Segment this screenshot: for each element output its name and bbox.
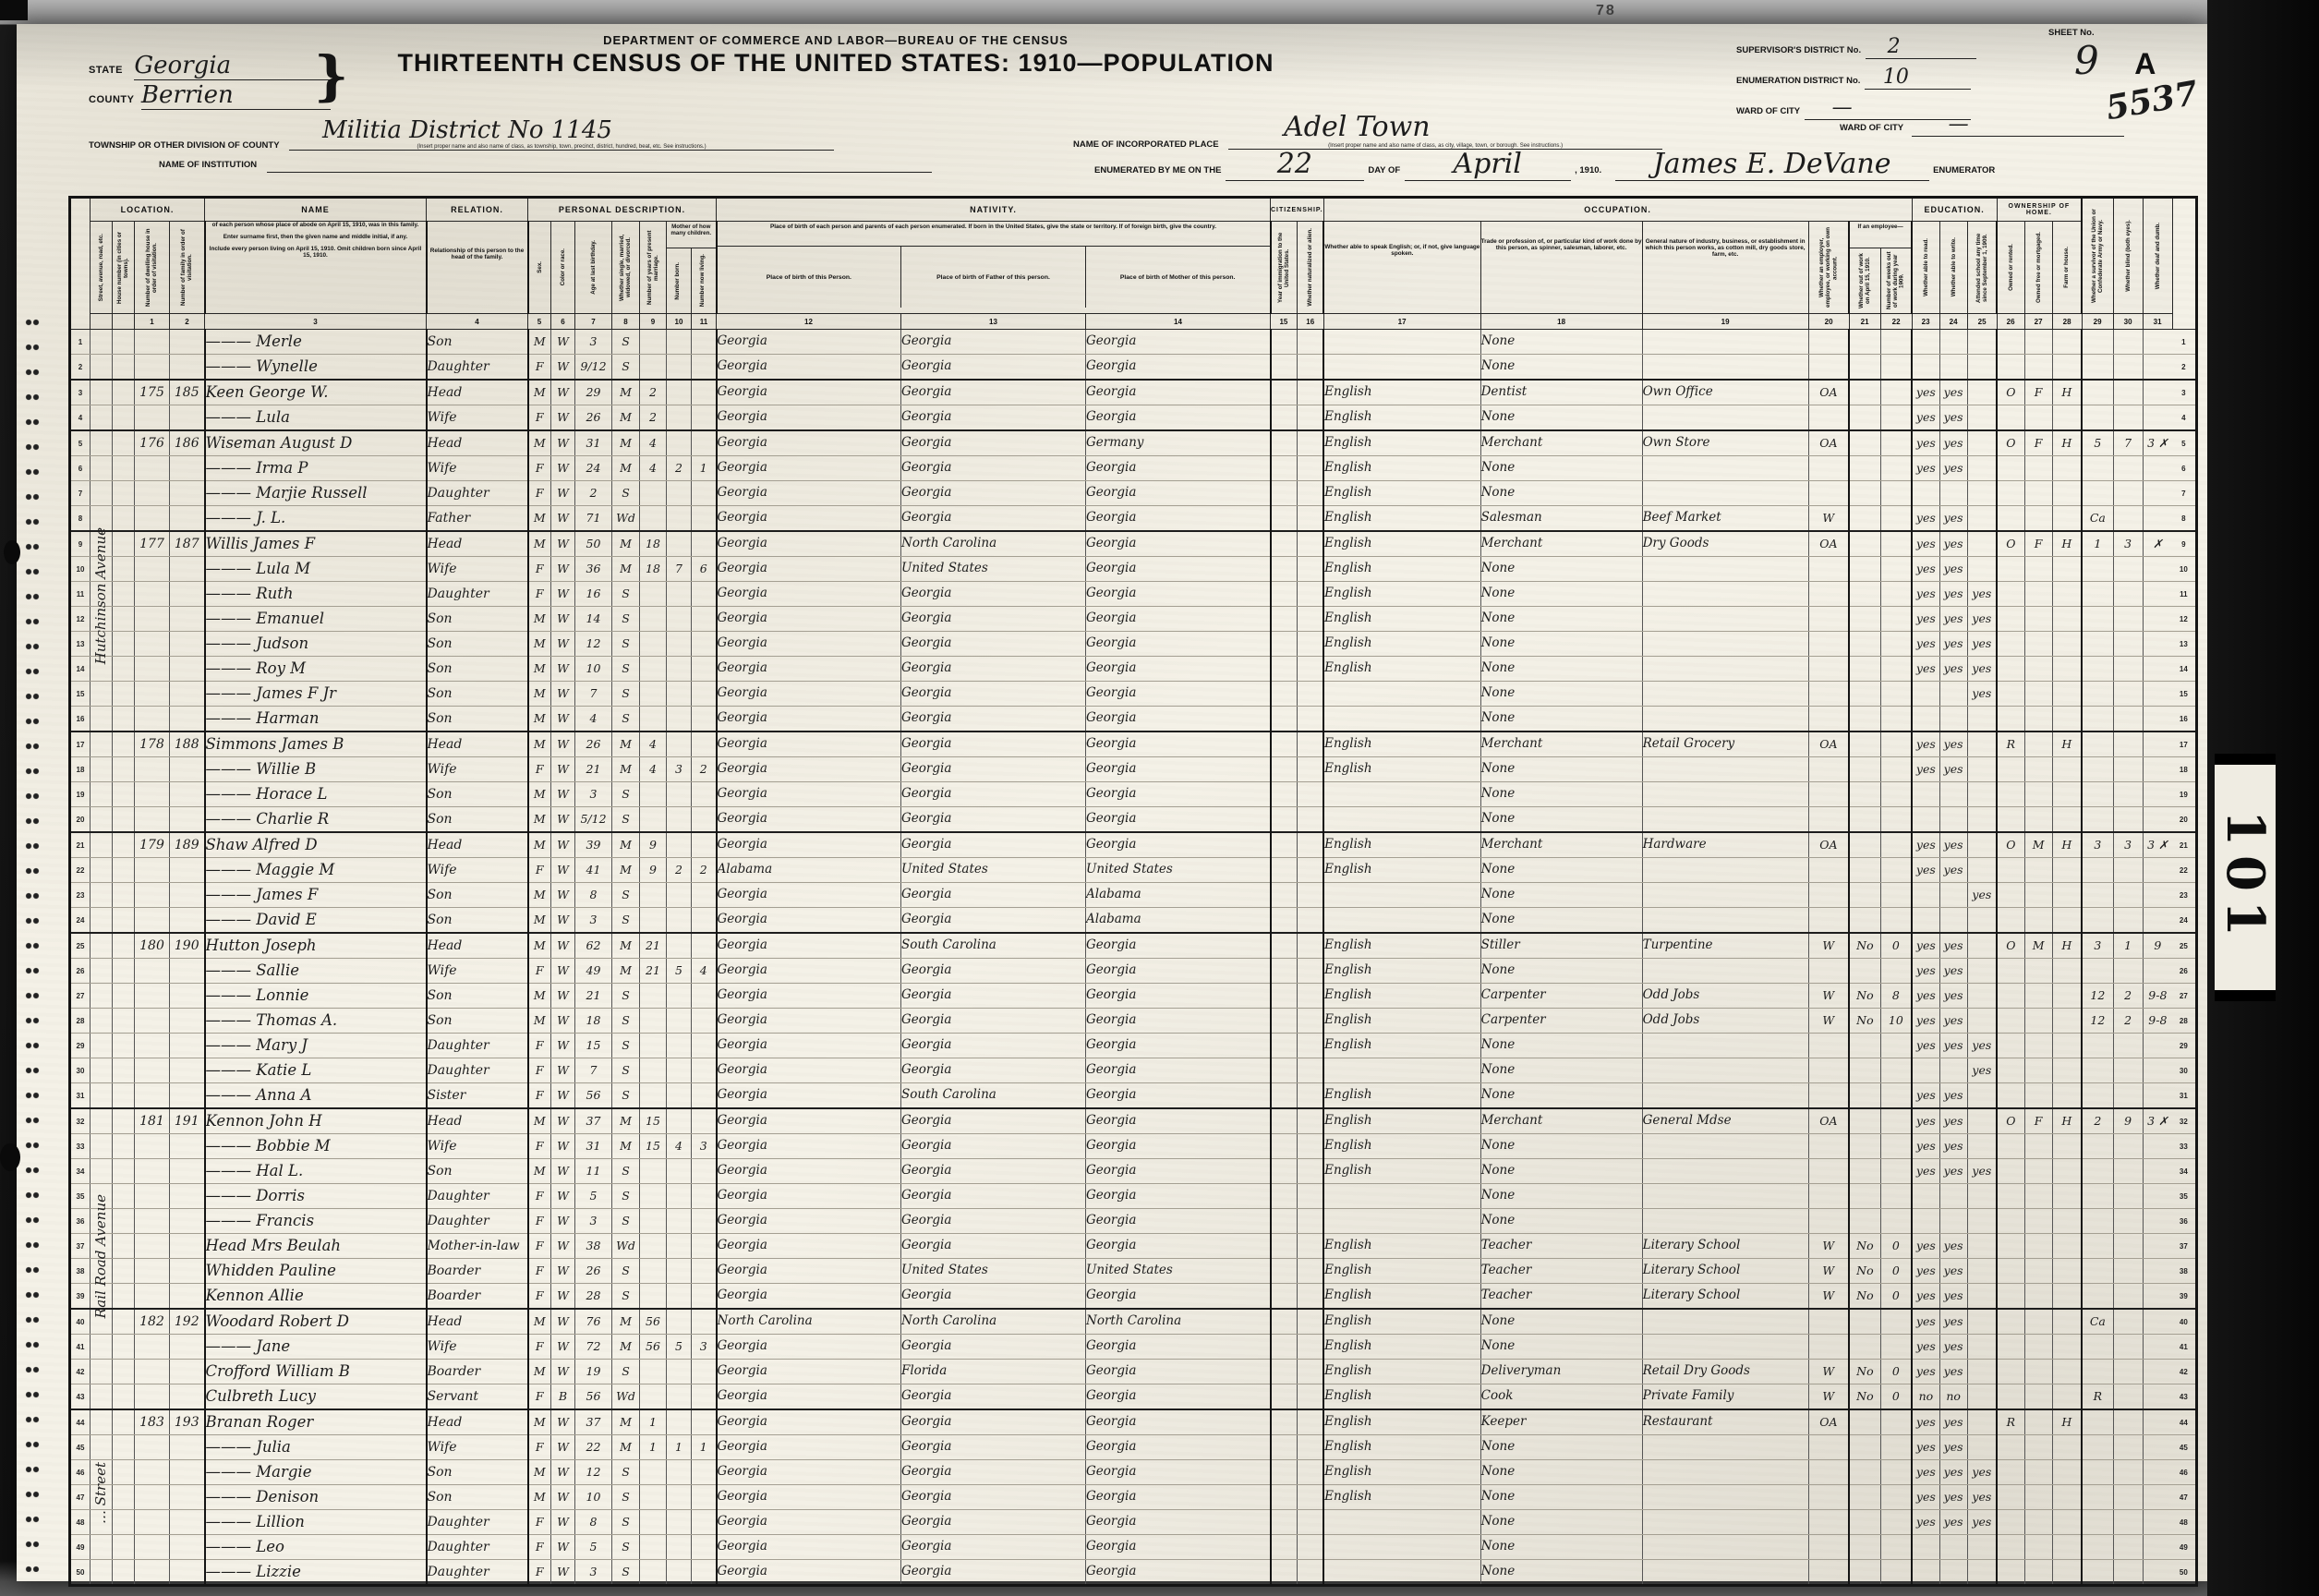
cell-naturalized — [1297, 481, 1323, 506]
cell-farm_house — [2052, 557, 2082, 582]
cell-naturalized — [1297, 959, 1323, 984]
cell-dwelling — [135, 1510, 170, 1535]
cell-write: no — [1939, 1384, 1967, 1410]
cell-owned — [1997, 707, 2024, 732]
cell-age: 7 — [575, 1058, 612, 1083]
cell-street — [91, 832, 113, 858]
cell-dwelling — [135, 1234, 170, 1259]
cell-read — [1912, 1058, 1939, 1083]
col-street: Street, avenue, road, etc. — [91, 222, 113, 314]
cell-pob_father: Georgia — [901, 1510, 1086, 1535]
col-children-living: Number now living. — [691, 248, 716, 313]
cell-naturalized — [1297, 858, 1323, 883]
census-row: 37Head Mrs BeulahMother-in-lawFW38WdGeor… — [70, 1234, 2197, 1259]
cell-school: yes — [1967, 1485, 1997, 1510]
cell-out_of_work — [1849, 1535, 1880, 1560]
cell-employer: W — [1808, 1009, 1849, 1034]
cell-years_married — [640, 1284, 667, 1310]
cell-pob_mother: Georgia — [1086, 1034, 1271, 1058]
cell-write — [1939, 481, 1967, 506]
cell-street — [91, 1510, 113, 1535]
cell-marital: M — [612, 557, 640, 582]
cell-free_mortgaged — [2024, 330, 2052, 355]
cell-color: W — [551, 456, 575, 481]
cell-house — [113, 1309, 135, 1335]
cell-read: yes — [1912, 405, 1939, 431]
cell-children_living: 2 — [692, 858, 717, 883]
cell-street — [91, 1309, 113, 1335]
cell-write: yes — [1939, 1083, 1967, 1109]
col-veteran: Whether a survivor of the Union or Confe… — [2082, 198, 2113, 314]
cell-naturalized — [1297, 1360, 1323, 1384]
cell-free_mortgaged — [2024, 1284, 2052, 1310]
cell-imm_year — [1271, 682, 1298, 707]
cell-write: yes — [1939, 1435, 1967, 1460]
cell-naturalized — [1297, 657, 1323, 682]
cell-english: English — [1323, 481, 1480, 506]
cell-free_mortgaged — [2024, 883, 2052, 908]
census-row: 48——— LillionDaughterFW8SGeorgiaGeorgiaG… — [70, 1510, 2197, 1535]
cell-street — [91, 557, 113, 582]
cell-out_of_work — [1849, 557, 1880, 582]
cell-relation: Wife — [427, 1435, 528, 1460]
cell-school — [1967, 731, 1997, 757]
cell-pob_mother: Georgia — [1086, 984, 1271, 1009]
cell-owned — [1997, 1259, 2024, 1284]
cell-naturalized — [1297, 1510, 1323, 1535]
cell-marital: M — [612, 858, 640, 883]
cell-children_living — [692, 707, 717, 732]
cell-imm_year — [1271, 757, 1298, 782]
cell-trade: None — [1480, 657, 1642, 682]
cell-school — [1967, 707, 1997, 732]
cell-imm_year — [1271, 1560, 1298, 1586]
sheet-number-label: SHEET No. — [2048, 28, 2196, 38]
cell-relation: Head — [427, 1309, 528, 1335]
cell-trade: None — [1480, 959, 1642, 984]
cell-industry: Hardware — [1642, 832, 1808, 858]
cell-free_mortgaged — [2024, 707, 2052, 732]
cell-relation: Boarder — [427, 1360, 528, 1384]
cell-farm_house — [2052, 807, 2082, 833]
cell-employer — [1808, 959, 1849, 984]
column-number: 28 — [2052, 314, 2082, 330]
column-number: 19 — [1642, 314, 1808, 330]
cell-years_married: 21 — [640, 959, 667, 984]
cell-street — [91, 1435, 113, 1460]
cell-children_living — [692, 582, 717, 607]
cell-write — [1939, 330, 1967, 355]
cell-sex: F — [528, 405, 551, 431]
cell-street — [91, 908, 113, 934]
cell-veteran — [2082, 682, 2113, 707]
cell-house — [113, 1134, 135, 1159]
cell-pob_mother: Georgia — [1086, 782, 1271, 807]
cell-deaf — [2143, 1384, 2172, 1410]
cell-relation: Son — [427, 330, 528, 355]
cell-read: yes — [1912, 1259, 1939, 1284]
cell-marital: M — [612, 1435, 640, 1460]
row-number-right: 7 — [2172, 481, 2196, 506]
cell-pob: Georgia — [717, 355, 901, 381]
cell-employer: OA — [1808, 430, 1849, 456]
cell-write: yes — [1939, 984, 1967, 1009]
cell-naturalized — [1297, 1384, 1323, 1410]
cell-deaf — [2143, 682, 2172, 707]
cell-marital: S — [612, 908, 640, 934]
cell-school: yes — [1967, 632, 1997, 657]
cell-marital: M — [612, 731, 640, 757]
col-out-of-work: Whether out of work on April 15, 1910. — [1850, 248, 1880, 313]
cell-write — [1939, 355, 1967, 381]
cell-owned — [1997, 632, 2024, 657]
cell-pob_father: Georgia — [901, 1209, 1086, 1234]
cell-children_born — [667, 1535, 692, 1560]
row-number-right: 35 — [2172, 1184, 2196, 1209]
cell-school: yes — [1967, 657, 1997, 682]
cell-farm_house: H — [2052, 531, 2082, 557]
cell-imm_year — [1271, 405, 1298, 431]
row-number-right: 27 — [2172, 984, 2196, 1009]
cell-dwelling — [135, 1284, 170, 1310]
cell-industry: Own Store — [1642, 430, 1808, 456]
row-number-right: 49 — [2172, 1535, 2196, 1560]
cell-veteran — [2082, 1435, 2113, 1460]
cell-read: yes — [1912, 1460, 1939, 1485]
cell-farm_house — [2052, 405, 2082, 431]
col-relation-description: Relationship of this person to the head … — [427, 222, 528, 314]
cell-imm_year — [1271, 506, 1298, 532]
cell-owned — [1997, 757, 2024, 782]
census-row: 7——— Marjie RussellDaughterFW2SGeorgiaGe… — [70, 481, 2197, 506]
cell-free_mortgaged: M — [2024, 832, 2052, 858]
township-label: TOWNSHIP OR OTHER DIVISION OF COUNTY — [89, 140, 280, 151]
cell-blind — [2113, 506, 2143, 532]
cell-dwelling — [135, 1535, 170, 1560]
cell-owned — [1997, 1284, 2024, 1310]
cell-children_born — [667, 632, 692, 657]
cell-pob_mother: Georgia — [1086, 959, 1271, 984]
cell-house — [113, 1234, 135, 1259]
cell-deaf — [2143, 330, 2172, 355]
cell-out_of_work: No — [1849, 933, 1880, 959]
cell-english — [1323, 1184, 1480, 1209]
cell-name: ——— Jane — [205, 1335, 427, 1360]
row-number-right: 46 — [2172, 1460, 2196, 1485]
brace-glyph: } — [314, 44, 348, 107]
column-number: 3 — [205, 314, 427, 330]
cell-sex: F — [528, 1535, 551, 1560]
row-number-left: 43 — [70, 1384, 91, 1410]
cell-employer — [1808, 456, 1849, 481]
cell-english — [1323, 330, 1480, 355]
cell-street — [91, 1535, 113, 1560]
cell-weeks_out — [1880, 858, 1912, 883]
cell-blind: 2 — [2113, 984, 2143, 1009]
cell-family — [170, 632, 205, 657]
cell-age: 72 — [575, 1335, 612, 1360]
cell-dwelling: 178 — [135, 731, 170, 757]
cell-owned — [1997, 1134, 2024, 1159]
cell-english: English — [1323, 430, 1480, 456]
cell-marital: S — [612, 1259, 640, 1284]
cell-name: ——— Ruth — [205, 582, 427, 607]
cell-deaf: 3 ✗ — [2143, 430, 2172, 456]
cell-marital: M — [612, 933, 640, 959]
cell-imm_year — [1271, 858, 1298, 883]
cell-out_of_work — [1849, 1108, 1880, 1134]
cell-read: yes — [1912, 731, 1939, 757]
cell-read — [1912, 908, 1939, 934]
row-number-right: 32 — [2172, 1108, 2196, 1134]
census-row: 47——— DenisonSonMW10SGeorgiaGeorgiaGeorg… — [70, 1485, 2197, 1510]
cell-naturalized — [1297, 908, 1323, 934]
cell-sex: M — [528, 430, 551, 456]
cell-pob_mother: Georgia — [1086, 1058, 1271, 1083]
cell-naturalized — [1297, 1159, 1323, 1184]
cell-children_born — [667, 430, 692, 456]
cell-out_of_work — [1849, 1485, 1880, 1510]
cell-family — [170, 1009, 205, 1034]
cell-house — [113, 1284, 135, 1310]
cell-children_living — [692, 1108, 717, 1134]
cell-veteran — [2082, 782, 2113, 807]
cell-free_mortgaged — [2024, 481, 2052, 506]
cell-name: ——— Denison — [205, 1485, 427, 1510]
cell-free_mortgaged — [2024, 1335, 2052, 1360]
row-number-left: 47 — [70, 1485, 91, 1510]
enumeration-district-label: ENUMERATION DISTRICT No. — [1736, 76, 1860, 86]
cell-family — [170, 757, 205, 782]
cell-industry: Retail Dry Goods — [1642, 1360, 1808, 1384]
township-field: TOWNSHIP OR OTHER DIVISION OF COUNTY Mil… — [89, 116, 834, 152]
cell-deaf — [2143, 1485, 2172, 1510]
cell-weeks_out: 10 — [1880, 1009, 1912, 1034]
cell-house — [113, 1560, 135, 1586]
cell-veteran: 3 — [2082, 933, 2113, 959]
cell-veteran — [2082, 1335, 2113, 1360]
cell-deaf — [2143, 557, 2172, 582]
cell-pob_mother: Georgia — [1086, 380, 1271, 405]
cell-deaf — [2143, 380, 2172, 405]
cell-employer — [1808, 1058, 1849, 1083]
cell-relation: Daughter — [427, 1560, 528, 1586]
cell-owned — [1997, 1009, 2024, 1034]
cell-street — [91, 355, 113, 381]
cell-children_living — [692, 1460, 717, 1485]
cell-farm_house — [2052, 1560, 2082, 1586]
cell-name: ——— Margie — [205, 1460, 427, 1485]
cell-family — [170, 782, 205, 807]
census-row: 3175185Keen George W.HeadMW29M2GeorgiaGe… — [70, 380, 2197, 405]
cell-industry: Odd Jobs — [1642, 984, 1808, 1009]
cell-marital: Wd — [612, 1384, 640, 1410]
cell-name: ——— Sallie — [205, 959, 427, 984]
cell-age: 26 — [575, 405, 612, 431]
cell-blind — [2113, 682, 2143, 707]
cell-farm_house: H — [2052, 731, 2082, 757]
cell-out_of_work — [1849, 405, 1880, 431]
cell-imm_year — [1271, 1159, 1298, 1184]
cell-marital: S — [612, 1284, 640, 1310]
cell-children_living: 3 — [692, 1134, 717, 1159]
census-row: 8——— J. L.FatherMW71WdGeorgiaGeorgiaGeor… — [70, 506, 2197, 532]
cell-color: W — [551, 807, 575, 833]
cell-out_of_work — [1849, 481, 1880, 506]
cell-trade: None — [1480, 1134, 1642, 1159]
cell-industry — [1642, 1159, 1808, 1184]
cell-relation: Wife — [427, 1335, 528, 1360]
cell-employer — [1808, 1435, 1849, 1460]
cell-write: yes — [1939, 1108, 1967, 1134]
cell-name: ——— Irma P — [205, 456, 427, 481]
cell-read: yes — [1912, 1284, 1939, 1310]
cell-marital: S — [612, 1209, 640, 1234]
col-owned: Owned or rented. — [1997, 222, 2024, 314]
row-number-right: 15 — [2172, 682, 2196, 707]
cell-naturalized — [1297, 984, 1323, 1009]
cell-veteran — [2082, 883, 2113, 908]
row-number-right: 10 — [2172, 557, 2196, 582]
column-number: 18 — [1480, 314, 1642, 330]
cell-years_married: 56 — [640, 1335, 667, 1360]
cell-color: W — [551, 883, 575, 908]
cell-color: W — [551, 1335, 575, 1360]
cell-write: yes — [1939, 1259, 1967, 1284]
cell-relation: Son — [427, 1159, 528, 1184]
cell-blind — [2113, 557, 2143, 582]
row-number-left: 6 — [70, 456, 91, 481]
row-number-right: 24 — [2172, 908, 2196, 934]
cell-weeks_out — [1880, 506, 1912, 532]
row-number-right: 12 — [2172, 607, 2196, 632]
cell-english: English — [1323, 858, 1480, 883]
cell-pob: Georgia — [717, 430, 901, 456]
cell-house — [113, 682, 135, 707]
cell-pob: Georgia — [717, 1108, 901, 1134]
cell-deaf — [2143, 1259, 2172, 1284]
census-row: 49——— LeoDaughterFW5SGeorgiaGeorgiaGeorg… — [70, 1535, 2197, 1560]
cell-school — [1967, 380, 1997, 405]
cell-children_living: 6 — [692, 557, 717, 582]
enumerated-year: , 1910. — [1575, 165, 1601, 175]
cell-sex: F — [528, 1335, 551, 1360]
census-row: 35——— DorrisDaughterFW5SGeorgiaGeorgiaGe… — [70, 1184, 2197, 1209]
cell-years_married — [640, 1058, 667, 1083]
cell-blind — [2113, 405, 2143, 431]
cell-color: W — [551, 1309, 575, 1335]
cell-write — [1939, 883, 1967, 908]
cell-color: W — [551, 557, 575, 582]
cell-write: yes — [1939, 858, 1967, 883]
cell-family — [170, 355, 205, 381]
cell-blind — [2113, 1485, 2143, 1510]
column-number: 4 — [427, 314, 528, 330]
cell-name: ——— Wynelle — [205, 355, 427, 381]
cell-deaf — [2143, 908, 2172, 934]
cell-naturalized — [1297, 1184, 1323, 1209]
cell-children_living: 4 — [692, 959, 717, 984]
row-number-left: 26 — [70, 959, 91, 984]
cell-family: 190 — [170, 933, 205, 959]
enumerated-label: ENUMERATED BY ME ON THE — [1094, 165, 1221, 175]
cell-children_living — [692, 607, 717, 632]
cell-read: yes — [1912, 632, 1939, 657]
cell-veteran — [2082, 1510, 2113, 1535]
cell-farm_house — [2052, 1209, 2082, 1234]
row-number-right: 38 — [2172, 1259, 2196, 1284]
cell-dwelling: 183 — [135, 1409, 170, 1435]
census-row: 25180190Hutton JosephHeadMW62M21GeorgiaS… — [70, 933, 2197, 959]
cell-weeks_out — [1880, 1535, 1912, 1560]
cell-pob_father: Georgia — [901, 782, 1086, 807]
cell-industry — [1642, 1535, 1808, 1560]
cell-english: English — [1323, 1309, 1480, 1335]
cell-sex: M — [528, 807, 551, 833]
cell-english: English — [1323, 557, 1480, 582]
cell-farm_house — [2052, 1435, 2082, 1460]
cell-imm_year — [1271, 430, 1298, 456]
cell-trade: None — [1480, 707, 1642, 732]
row-number-right: 8 — [2172, 506, 2196, 532]
census-row: 50——— LizzieDaughterFW3SGeorgiaGeorgiaGe… — [70, 1560, 2197, 1586]
cell-imm_year — [1271, 557, 1298, 582]
cell-children_born — [667, 1360, 692, 1384]
cell-family — [170, 858, 205, 883]
census-row: 20——— Charlie RSonMW5/12SGeorgiaGeorgiaG… — [70, 807, 2197, 833]
cell-marital: M — [612, 531, 640, 557]
cell-sex: M — [528, 1460, 551, 1485]
cell-deaf — [2143, 405, 2172, 431]
cell-deaf — [2143, 782, 2172, 807]
cell-industry: Literary School — [1642, 1284, 1808, 1310]
cell-read: yes — [1912, 1034, 1939, 1058]
cell-employer: OA — [1808, 1108, 1849, 1134]
cell-weeks_out — [1880, 1134, 1912, 1159]
cell-out_of_work — [1849, 807, 1880, 833]
cell-years_married — [640, 782, 667, 807]
cell-school — [1967, 807, 1997, 833]
cell-deaf — [2143, 355, 2172, 381]
cell-dwelling — [135, 405, 170, 431]
cell-deaf — [2143, 1360, 2172, 1384]
cell-house — [113, 632, 135, 657]
cell-free_mortgaged — [2024, 632, 2052, 657]
cell-out_of_work — [1849, 858, 1880, 883]
cell-marital: Wd — [612, 506, 640, 532]
cell-children_living — [692, 782, 717, 807]
cell-imm_year — [1271, 1134, 1298, 1159]
cell-street — [91, 682, 113, 707]
cell-sex: M — [528, 657, 551, 682]
cell-marital: M — [612, 1309, 640, 1335]
cell-years_married — [640, 1535, 667, 1560]
cell-veteran: R — [2082, 1384, 2113, 1410]
cell-weeks_out — [1880, 456, 1912, 481]
cell-write: yes — [1939, 1360, 1967, 1384]
cell-farm_house — [2052, 506, 2082, 532]
cell-sex: M — [528, 632, 551, 657]
cell-employer — [1808, 1535, 1849, 1560]
cell-color: W — [551, 405, 575, 431]
cell-school — [1967, 481, 1997, 506]
cell-relation: Son — [427, 657, 528, 682]
cell-free_mortgaged — [2024, 557, 2052, 582]
cell-employer — [1808, 582, 1849, 607]
cell-marital: S — [612, 1360, 640, 1384]
cell-owned: O — [1997, 832, 2024, 858]
cell-naturalized — [1297, 355, 1323, 381]
